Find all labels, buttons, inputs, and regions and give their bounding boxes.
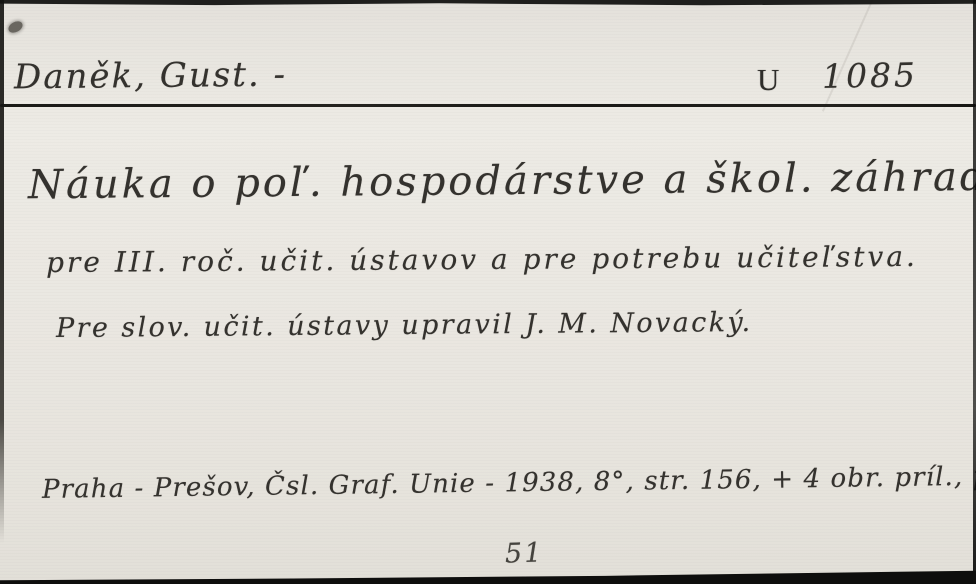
title-line-2: pre III. roč. učit. ústavov a pre potreb… [46, 240, 918, 279]
catalog-card: Daněk, Gust. - U 1085 Náuka o poľ. hospo… [0, 0, 976, 584]
shelf-number: 51 [504, 537, 543, 569]
responsibility-line: Pre slov. učit. ústavy upravil J. M. Nov… [56, 307, 753, 344]
call-number-prefix: U [757, 62, 779, 98]
scan-edge-bottom [0, 567, 976, 584]
author-heading: Daněk, Gust. - [14, 55, 287, 98]
scan-edge-left [0, 0, 4, 560]
call-number-value: 1085 [822, 55, 919, 96]
scan-edge-top [0, 0, 976, 6]
ink-smudge [7, 19, 25, 35]
imprint-line: Praha - Prešov, Čsl. Graf. Unie - 1938, … [42, 461, 976, 505]
header-rule [0, 104, 976, 107]
title-line-1: Náuka o poľ. hospodárstve a škol. záhrad… [28, 154, 976, 209]
